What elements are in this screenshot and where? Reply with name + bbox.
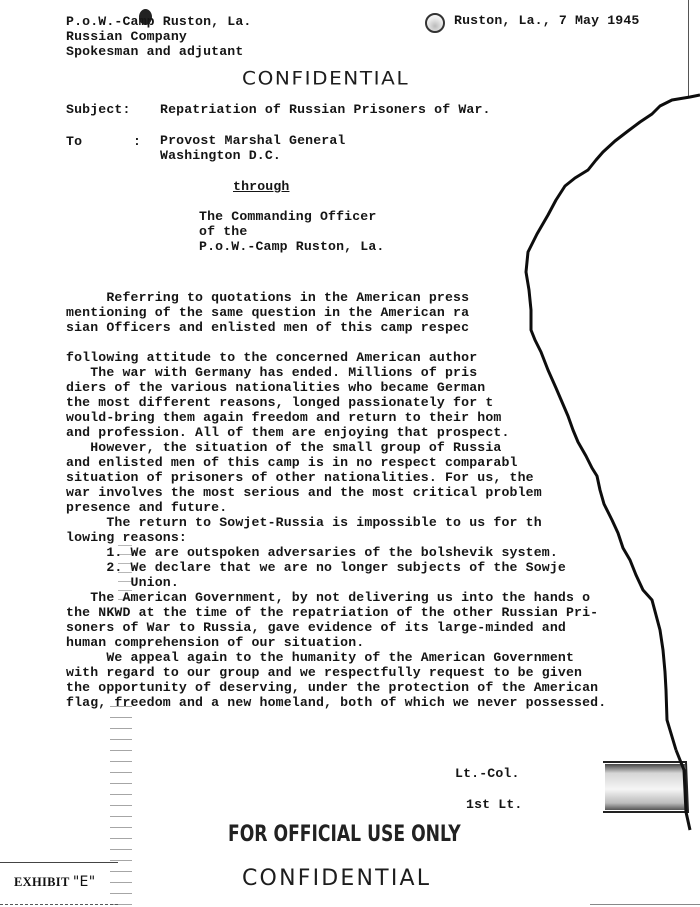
torn-edge-icon: [0, 0, 700, 907]
